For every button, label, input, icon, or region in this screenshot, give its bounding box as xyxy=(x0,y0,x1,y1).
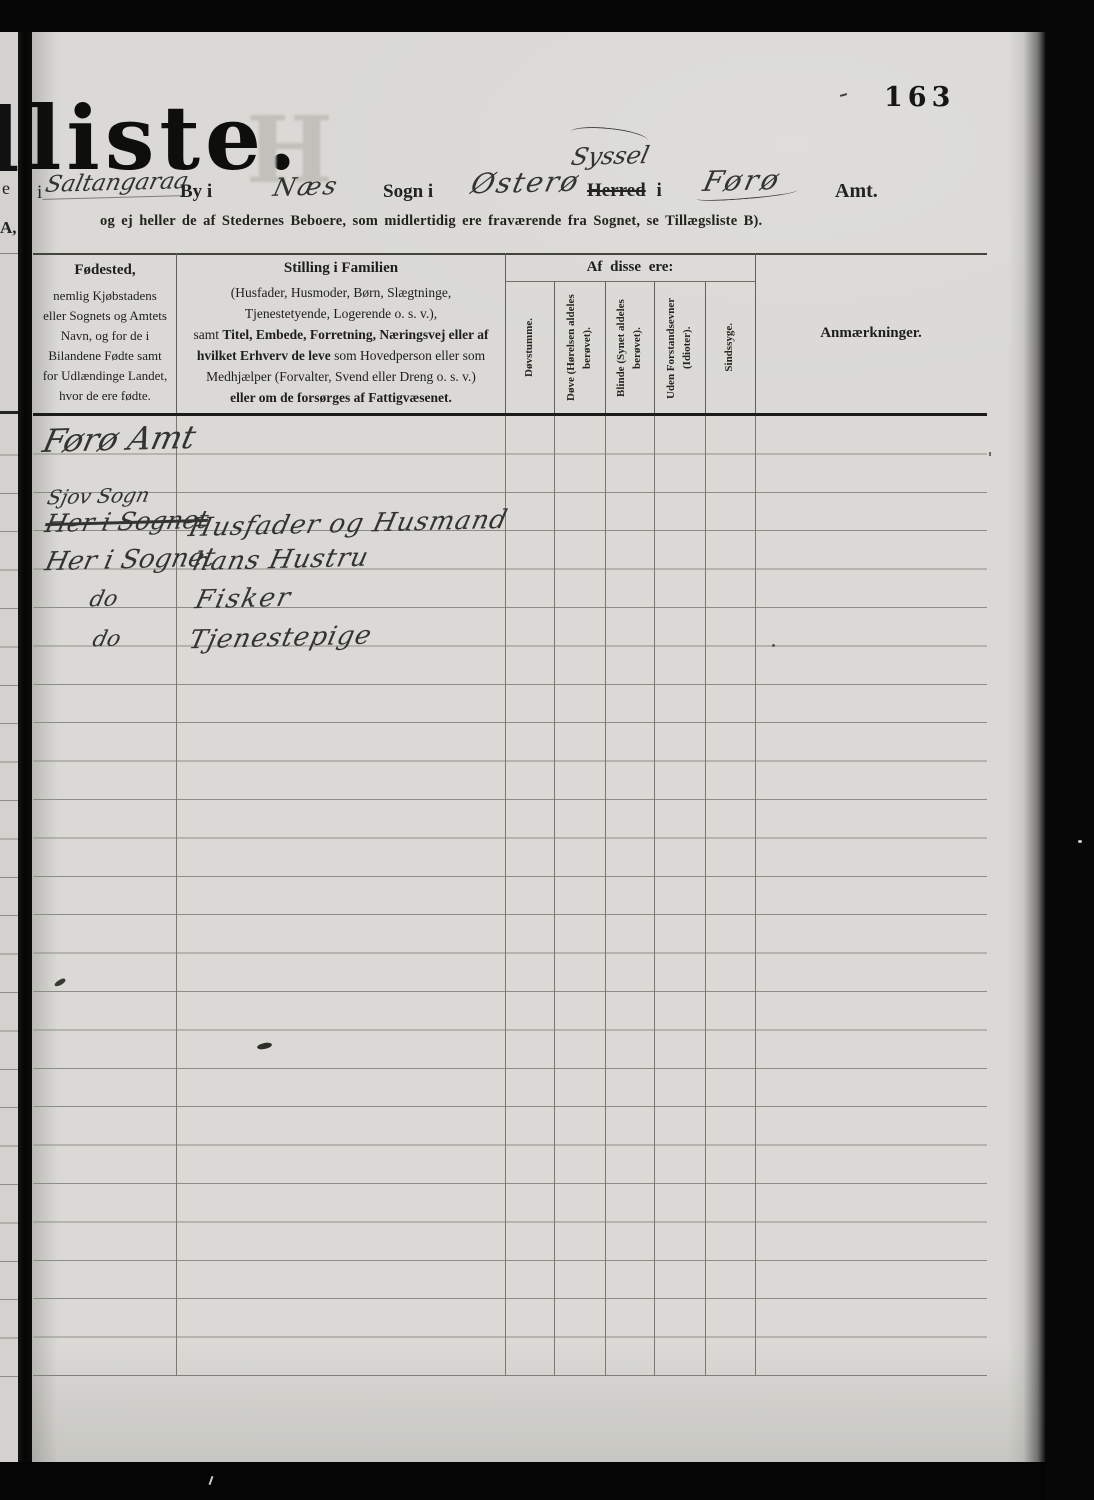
census-page: 163 liste. H i Saltangaraa By i Næs Sogn… xyxy=(32,32,1045,1462)
header-stilling-line-bold: eller om de forsørges af Fattigvæsenet. xyxy=(230,388,452,409)
binding-bar xyxy=(18,32,32,1462)
header-stilling-line: Tjenestetyende, Logerende o. s. v.), xyxy=(245,304,437,325)
handwritten-sogn: Næs xyxy=(271,171,342,202)
header-fodested-line: Navn, og for de i xyxy=(61,326,149,346)
left-strip-thick-rule xyxy=(0,411,18,414)
header-stilling-line: samt Titel, Embede, Forretning, Næringsv… xyxy=(193,325,488,346)
header-fodested-line: Bilandene Fødte samt xyxy=(48,346,161,366)
header-fodested-title: Fødested, xyxy=(74,259,135,282)
printed-i: i xyxy=(37,182,42,204)
col-line-b1 xyxy=(554,416,555,1376)
ink-speck xyxy=(989,452,991,456)
entry-place-3-ditto: do xyxy=(87,587,120,613)
stilling-plain: som Hovedperson eller som xyxy=(331,348,485,363)
note-line: og ej heller de af Stedernes Beboere, so… xyxy=(100,213,762,230)
col-line-b2 xyxy=(605,416,606,1376)
note-close: ). xyxy=(754,213,763,229)
handwritten-town: Saltangaraa xyxy=(42,168,191,200)
entry-stilling-2: hans Hustru xyxy=(190,543,372,578)
header-stilling-title: Stilling i Familien xyxy=(284,257,398,280)
stilling-bold: Titel, Embede, Forretning, Næringsvej el… xyxy=(222,327,488,342)
label-i: i xyxy=(657,180,662,201)
left-page-sliver: l e A, xyxy=(0,32,18,1462)
label-by-i: By i xyxy=(180,181,212,203)
header-sindssyge-label: Sindssyge. xyxy=(722,323,738,372)
header-stilling-line: Medhjælper (Forvalter, Svend eller Dreng… xyxy=(206,367,476,388)
pen-dash-mark xyxy=(840,93,847,97)
header-stilling-line: hvilket Erhverv de leve som Hovedperson … xyxy=(197,346,485,367)
header-blinde: Blinde (Synet aldeles berøvet). xyxy=(605,282,654,413)
scan-black-right xyxy=(1046,0,1094,1500)
entry-sogn-heading: Sjov Sogn xyxy=(45,483,152,510)
entry-stilling-3: Fisker xyxy=(192,583,295,615)
col-line-b4 xyxy=(705,416,706,1376)
header-dove: Døve (Hørelsen aldeles berøvet). xyxy=(554,282,605,413)
label-sogn-i: Sogn i xyxy=(383,181,433,203)
note-text: og ej heller de af Stedernes Beboere, so… xyxy=(100,213,744,229)
header-fodested-line: for Udlændinge Landet, xyxy=(43,366,168,386)
header-fodested-line: eller Sognets og Amtets xyxy=(43,306,167,326)
header-sindssyge: Sindssyge. xyxy=(705,282,755,413)
stilling-bold: hvilket Erhverv de leve xyxy=(197,348,331,363)
col-line-anm xyxy=(755,416,756,1376)
scan-black-bottom xyxy=(0,1462,1094,1500)
scan-black-top xyxy=(0,0,1094,32)
handwritten-syssel: Syssel xyxy=(569,141,652,171)
header-fodested-line: nemlig Kjøbstadens xyxy=(53,286,157,306)
header-idioter-label: Uden Forstandsevner (Idioter). xyxy=(664,284,696,412)
label-herred-i: Herred i xyxy=(577,180,662,202)
entry-place-4-ditto: do xyxy=(90,627,123,653)
scan-speck xyxy=(1078,840,1082,843)
left-strip-fragment-bottom: A, xyxy=(0,218,17,238)
census-scan: l e A, 163 liste. H i Saltangaraa By i N… xyxy=(0,0,1094,1500)
header-fodested: Fødested, nemlig Kjøbstadens eller Sogne… xyxy=(34,256,176,410)
struck-herred: Herred xyxy=(577,180,652,201)
page-torn-edge xyxy=(1008,32,1046,1462)
title-cut-letter: l xyxy=(0,88,18,192)
header-dove-label: Døve (Hørelsen aldeles berøvet). xyxy=(564,284,596,412)
header-fodested-line: hvor de ere fødte. xyxy=(59,386,151,406)
header-idioter: Uden Forstandsevner (Idioter). xyxy=(654,282,705,413)
stilling-plain: samt xyxy=(193,327,222,342)
note-bold-b: B xyxy=(744,213,754,229)
label-amt: Amt. xyxy=(835,180,878,203)
col-line-stilling xyxy=(505,416,506,1376)
left-strip-rule xyxy=(0,253,18,254)
entry-stilling-4: Tjenestepige xyxy=(186,621,375,656)
left-strip-row-lines xyxy=(0,417,18,1377)
header-dovstumme-label: Døvstumme. xyxy=(522,318,538,377)
header-af-disse-ere: Af disse ere: xyxy=(505,254,755,282)
col-line-fodested-header xyxy=(176,253,177,413)
page-number: 163 xyxy=(884,82,955,113)
header-stilling-line: (Husfader, Husmoder, Børn, Slægtninge, xyxy=(231,283,452,304)
header-anmaerkninger: Anmærkninger. xyxy=(755,256,987,410)
header-dovstumme: Døvstumme. xyxy=(505,282,554,413)
handwritten-herred: Østerø xyxy=(468,165,583,201)
entry-amt-heading: Førø Amt xyxy=(39,418,199,460)
header-blinde-label: Blinde (Synet aldeles berøvet). xyxy=(614,284,646,412)
left-strip-fragment-top: e xyxy=(2,178,10,199)
header-stilling: Stilling i Familien (Husfader, Husmoder,… xyxy=(178,256,504,410)
ink-speck xyxy=(772,644,775,647)
col-line-b3 xyxy=(654,416,655,1376)
